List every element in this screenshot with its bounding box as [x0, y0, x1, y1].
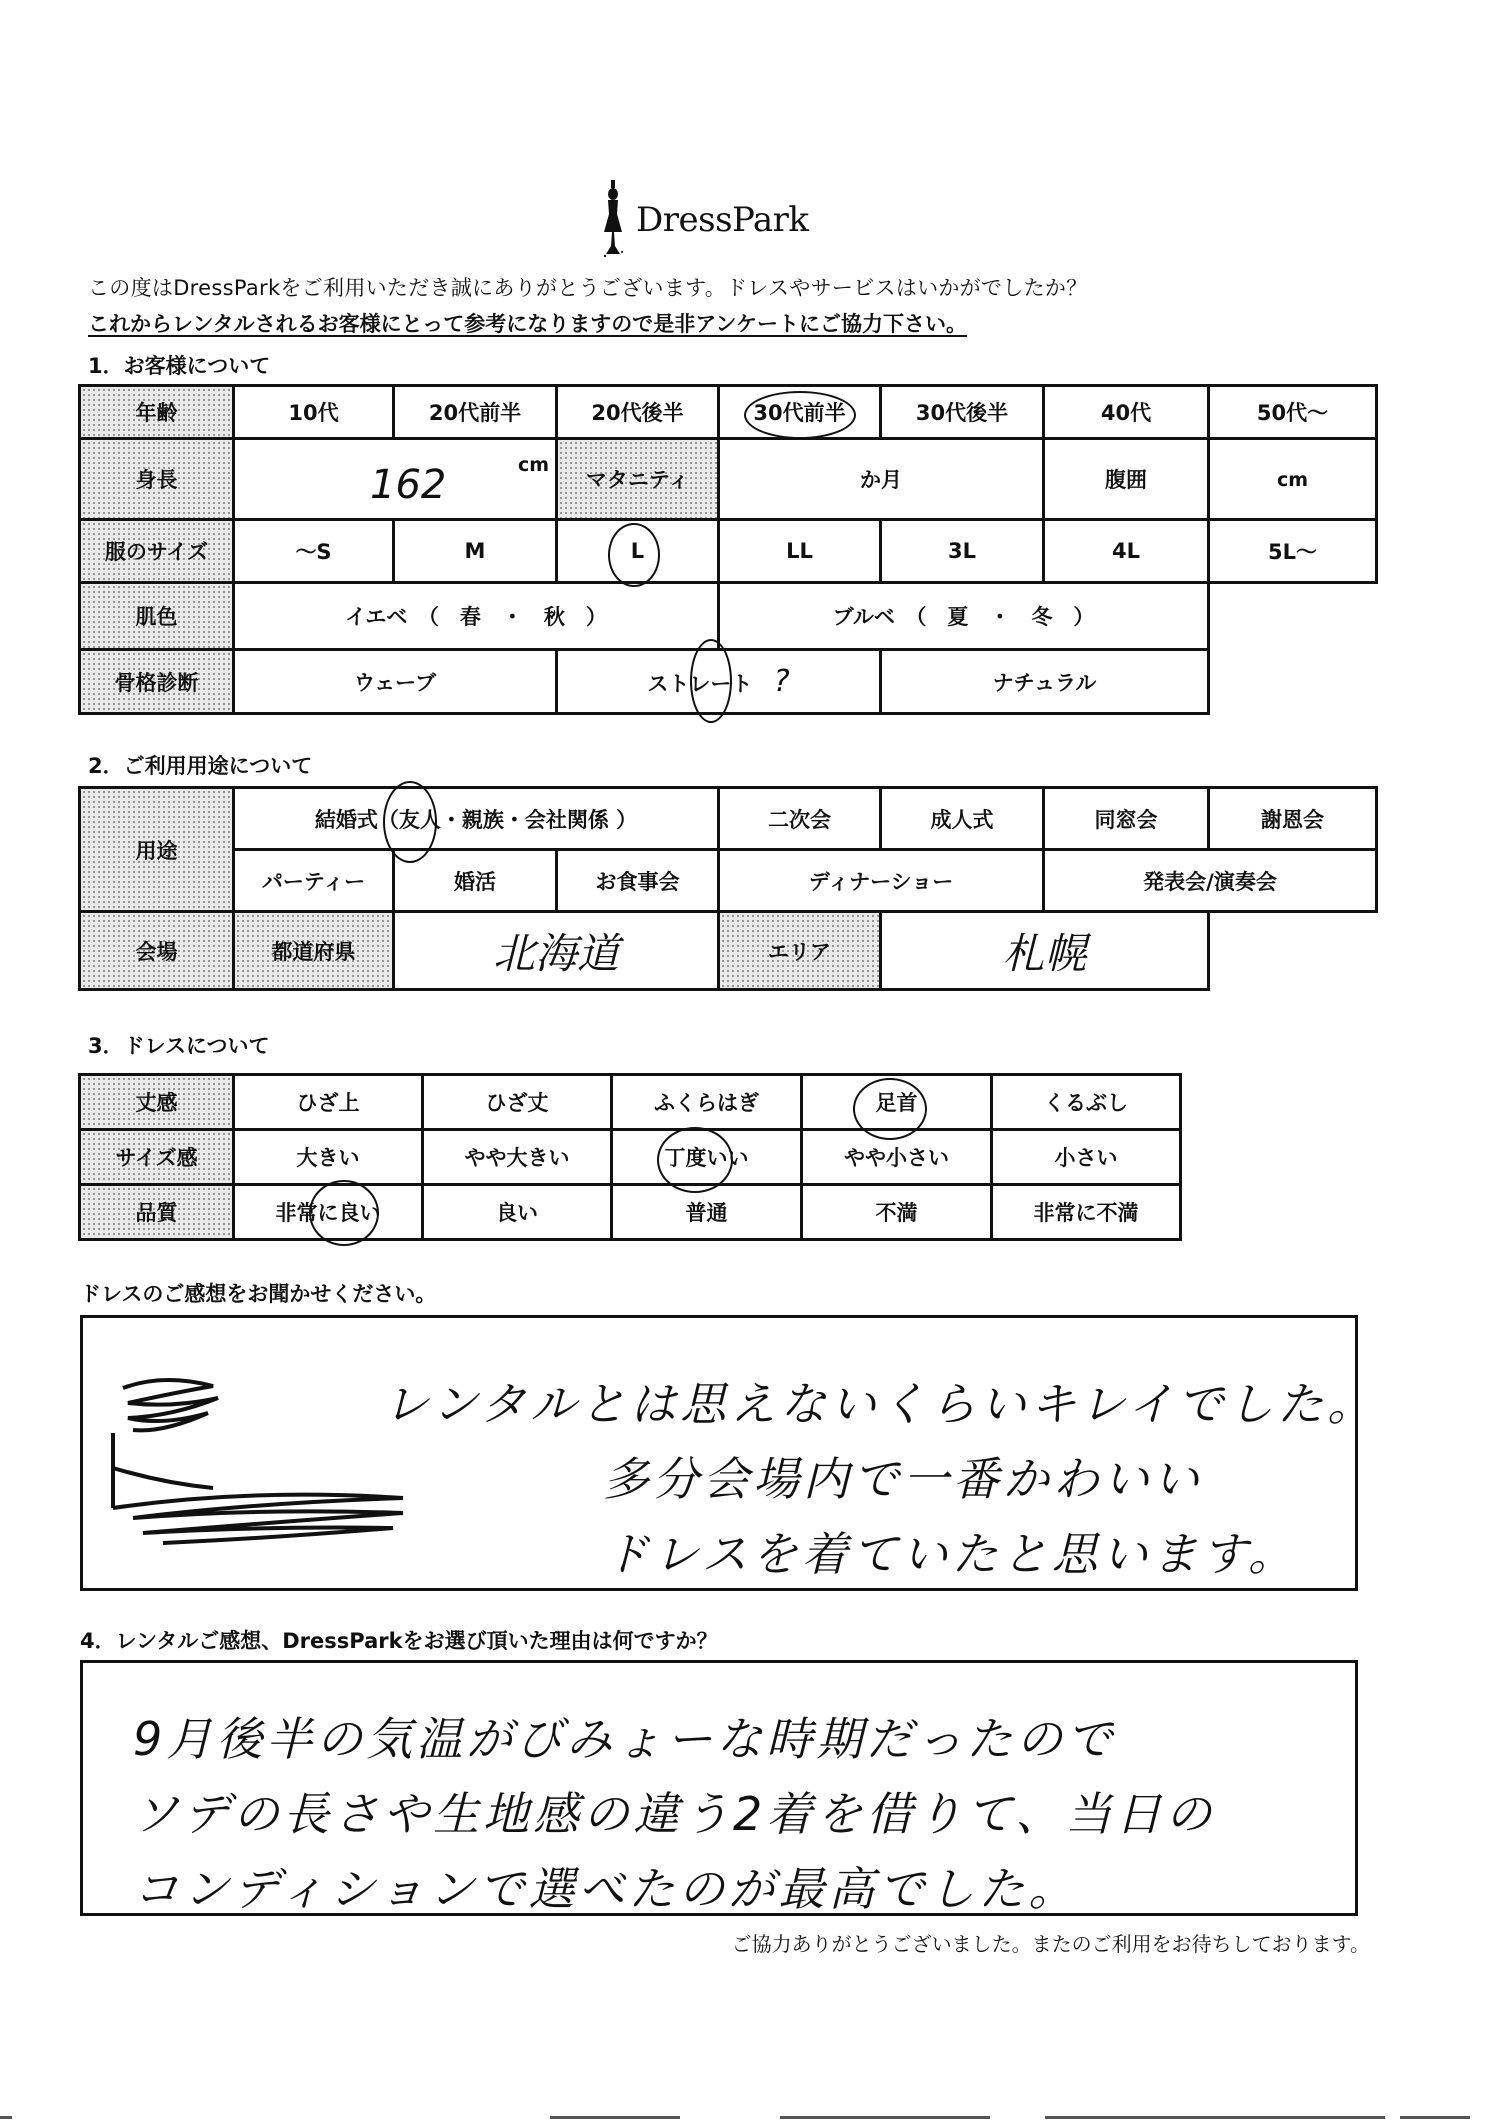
skin-option-blue[interactable]: ブルベ （ 夏 ・ 冬 ） — [719, 583, 1209, 650]
usage-option[interactable]: 発表会/演奏会 — [1044, 850, 1377, 912]
usage-option[interactable]: 二次会 — [719, 788, 881, 850]
venue-label: 会場 — [80, 912, 234, 990]
usage-label: 用途 — [80, 788, 234, 912]
fit-option[interactable]: 小さい — [992, 1130, 1181, 1185]
usage-option[interactable]: 成人式 — [881, 788, 1044, 850]
scan-mark — [550, 2116, 680, 2119]
size-option[interactable]: ～S — [234, 520, 394, 583]
fit-option-selected[interactable]: 丁度いい — [612, 1130, 802, 1185]
fit-option[interactable]: 大きい — [234, 1130, 423, 1185]
prefecture-field[interactable]: 北海道 — [394, 912, 719, 990]
size-row: 服のサイズ ～S M L LL 3L 4L 5L～ — [80, 520, 1377, 583]
quality-option[interactable]: 不満 — [802, 1185, 992, 1240]
thank-you-footer: ご協力ありがとうございました。またのご利用をお待ちしております。 — [732, 1928, 1370, 1957]
skeleton-option[interactable]: ナチュラル — [881, 650, 1209, 714]
length-option[interactable]: ふくらはぎ — [612, 1075, 802, 1130]
prefecture-label: 都道府県 — [234, 912, 394, 990]
quality-option[interactable]: 非常に不満 — [992, 1185, 1181, 1240]
usage-row-2: パーティー 婚活 お食事会 ディナーショー 発表会/演奏会 — [80, 850, 1377, 912]
usage-option[interactable]: ディナーショー — [719, 850, 1044, 912]
height-row: 身長 162 cm マタニティ か月 腹囲 cm — [80, 439, 1377, 520]
usage-option[interactable]: 同窓会 — [1044, 788, 1209, 850]
length-option[interactable]: ひざ丈 — [423, 1075, 612, 1130]
skeleton-label: 骨格診断 — [80, 650, 234, 714]
usage-row-1: 用途 結婚式（友人・親族・会社関係 ） 二次会 成人式 同窓会 謝恩会 — [80, 788, 1377, 850]
age-row: 年齢 10代 20代前半 20代後半 30代前半 30代後半 40代 50代～ — [80, 386, 1377, 439]
usage-table: 用途 結婚式（友人・親族・会社関係 ） 二次会 成人式 同窓会 謝恩会 パーティ… — [78, 786, 1378, 991]
length-option[interactable]: ひざ上 — [234, 1075, 423, 1130]
fit-row: サイズ感 大きい やや大きい 丁度いい やや小さい 小さい — [80, 1130, 1181, 1185]
skin-label: 肌色 — [80, 583, 234, 650]
waist-label: 腹囲 — [1044, 439, 1209, 520]
age-option[interactable]: 30代後半 — [881, 386, 1044, 439]
impressions-title: ドレスのご感想をお聞かせください。 — [80, 1278, 436, 1308]
usage-option-label: 結婚式（友人・親族・会社関係 ） — [315, 808, 637, 832]
size-option[interactable]: 4L — [1044, 520, 1209, 583]
logo-text: DressPark — [636, 200, 809, 240]
customer-info-table: 年齢 10代 20代前半 20代後半 30代前半 30代後半 40代 50代～ … — [78, 384, 1378, 715]
size-option[interactable]: LL — [719, 520, 881, 583]
size-option-label: L — [631, 539, 644, 563]
logo: DressPark — [600, 180, 809, 260]
length-option-selected[interactable]: 足首 — [802, 1075, 992, 1130]
size-label: 服のサイズ — [80, 520, 234, 583]
skeleton-note: ? — [774, 664, 790, 699]
scan-mark — [0, 2116, 12, 2119]
impression-line: レンタルとは思えないくらいキレイでした。 — [383, 1368, 1377, 1434]
dress-table: 丈感 ひざ上 ひざ丈 ふくらはぎ 足首 くるぶし サイズ感 大きい やや大きい … — [78, 1073, 1182, 1241]
age-option-selected[interactable]: 30代前半 — [719, 386, 881, 439]
intro-request: これからレンタルされるお客様にとって参考になりますので是非アンケートにご協力下さ… — [88, 308, 967, 338]
maternity-label: マタニティ — [557, 439, 719, 520]
section-2-title: 2．ご利用用途について — [88, 750, 312, 780]
maternity-months-field[interactable]: か月 — [719, 439, 1044, 520]
length-row: 丈感 ひざ上 ひざ丈 ふくらはぎ 足首 くるぶし — [80, 1075, 1181, 1130]
area-label: エリア — [719, 912, 881, 990]
skeleton-option-label: ストレート — [647, 672, 752, 696]
prefecture-value: 北海道 — [493, 929, 619, 978]
reason-line: ソデの長さや生地感の違う2着を借りて、当日の — [133, 1778, 1215, 1844]
length-option[interactable]: くるぶし — [992, 1075, 1181, 1130]
height-value: 162 — [370, 462, 446, 508]
reason-line: 9月後半の気温がびみょーな時期だったので — [133, 1703, 1116, 1769]
scan-mark — [1045, 2116, 1385, 2119]
quality-label: 品質 — [80, 1185, 234, 1240]
age-option[interactable]: 20代前半 — [394, 386, 557, 439]
age-option[interactable]: 20代後半 — [557, 386, 719, 439]
usage-option-wedding[interactable]: 結婚式（友人・親族・会社関係 ） — [234, 788, 719, 850]
quality-option-selected[interactable]: 非常に良い — [234, 1185, 423, 1240]
age-option-label: 30代前半 — [753, 401, 845, 425]
venue-row: 会場 都道府県 北海道 エリア 札幌 — [80, 912, 1377, 990]
usage-option[interactable]: 謝恩会 — [1209, 788, 1377, 850]
empty-cell — [1209, 912, 1377, 990]
empty-cell — [1209, 650, 1377, 714]
reason-textarea[interactable]: 9月後半の気温がびみょーな時期だったので ソデの長さや生地感の違う2着を借りて、… — [80, 1660, 1358, 1916]
age-label: 年齢 — [80, 386, 234, 439]
age-option[interactable]: 40代 — [1044, 386, 1209, 439]
section-1-title: 1．お客様について — [88, 350, 270, 380]
skin-option-yellow[interactable]: イエベ （ 春 ・ 秋 ） — [234, 583, 719, 650]
fit-option[interactable]: やや大きい — [423, 1130, 612, 1185]
area-field[interactable]: 札幌 — [881, 912, 1209, 990]
height-unit: cm — [518, 454, 549, 476]
skeleton-option[interactable]: ウェーブ — [234, 650, 557, 714]
impressions-textarea[interactable]: レンタルとは思えないくらいキレイでした。 多分会場内で一番かわいい ドレスを着て… — [80, 1315, 1358, 1591]
area-value: 札幌 — [1002, 929, 1086, 978]
scan-mark — [1400, 2116, 1470, 2119]
section-4-title: 4．レンタルご感想、DressParkをお選び頂いた理由は何ですか？ — [80, 1625, 718, 1655]
dress-icon — [600, 180, 626, 260]
quality-row: 品質 非常に良い 良い 普通 不満 非常に不満 — [80, 1185, 1181, 1240]
quality-option-label: 非常に良い — [276, 1201, 381, 1225]
length-label: 丈感 — [80, 1075, 234, 1130]
section-3-title: 3．ドレスについて — [88, 1030, 270, 1060]
size-option-selected[interactable]: L — [557, 520, 719, 583]
height-field[interactable]: 162 cm — [234, 439, 557, 520]
waist-field[interactable]: cm — [1209, 439, 1377, 520]
quality-option[interactable]: 普通 — [612, 1185, 802, 1240]
size-option[interactable]: M — [394, 520, 557, 583]
fit-option[interactable]: やや小さい — [802, 1130, 992, 1185]
usage-option[interactable]: パーティー — [234, 850, 394, 912]
usage-option[interactable]: 婚活 — [394, 850, 557, 912]
age-option[interactable]: 50代～ — [1209, 386, 1377, 439]
size-option[interactable]: 3L — [881, 520, 1044, 583]
usage-option[interactable]: お食事会 — [557, 850, 719, 912]
impression-line: ドレスを着ていたと思います。 — [603, 1518, 1298, 1584]
quality-option[interactable]: 良い — [423, 1185, 612, 1240]
length-option-label: 足首 — [876, 1091, 918, 1115]
skeleton-row: 骨格診断 ウェーブ ストレート ? ナチュラル — [80, 650, 1377, 714]
intro-text: この度はDressParkをご利用いただき誠にありがとうございます。ドレスやサー… — [88, 272, 1088, 302]
reason-line: コンディションで選べたのが最高でした。 — [133, 1853, 1078, 1919]
months-unit: か月 — [860, 468, 902, 492]
impression-line: 多分会場内で一番かわいい — [603, 1443, 1203, 1509]
waist-unit: cm — [1277, 469, 1308, 491]
height-label: 身長 — [80, 439, 234, 520]
scan-mark — [780, 2116, 990, 2119]
skeleton-option-selected[interactable]: ストレート ? — [557, 650, 881, 714]
size-option[interactable]: 5L～ — [1209, 520, 1377, 583]
skin-row: 肌色 イエベ （ 春 ・ 秋 ） ブルベ （ 夏 ・ 冬 ） — [80, 583, 1377, 650]
age-option[interactable]: 10代 — [234, 386, 394, 439]
fit-label: サイズ感 — [80, 1130, 234, 1185]
empty-cell — [1209, 583, 1377, 650]
fit-option-label: 丁度いい — [665, 1146, 749, 1170]
